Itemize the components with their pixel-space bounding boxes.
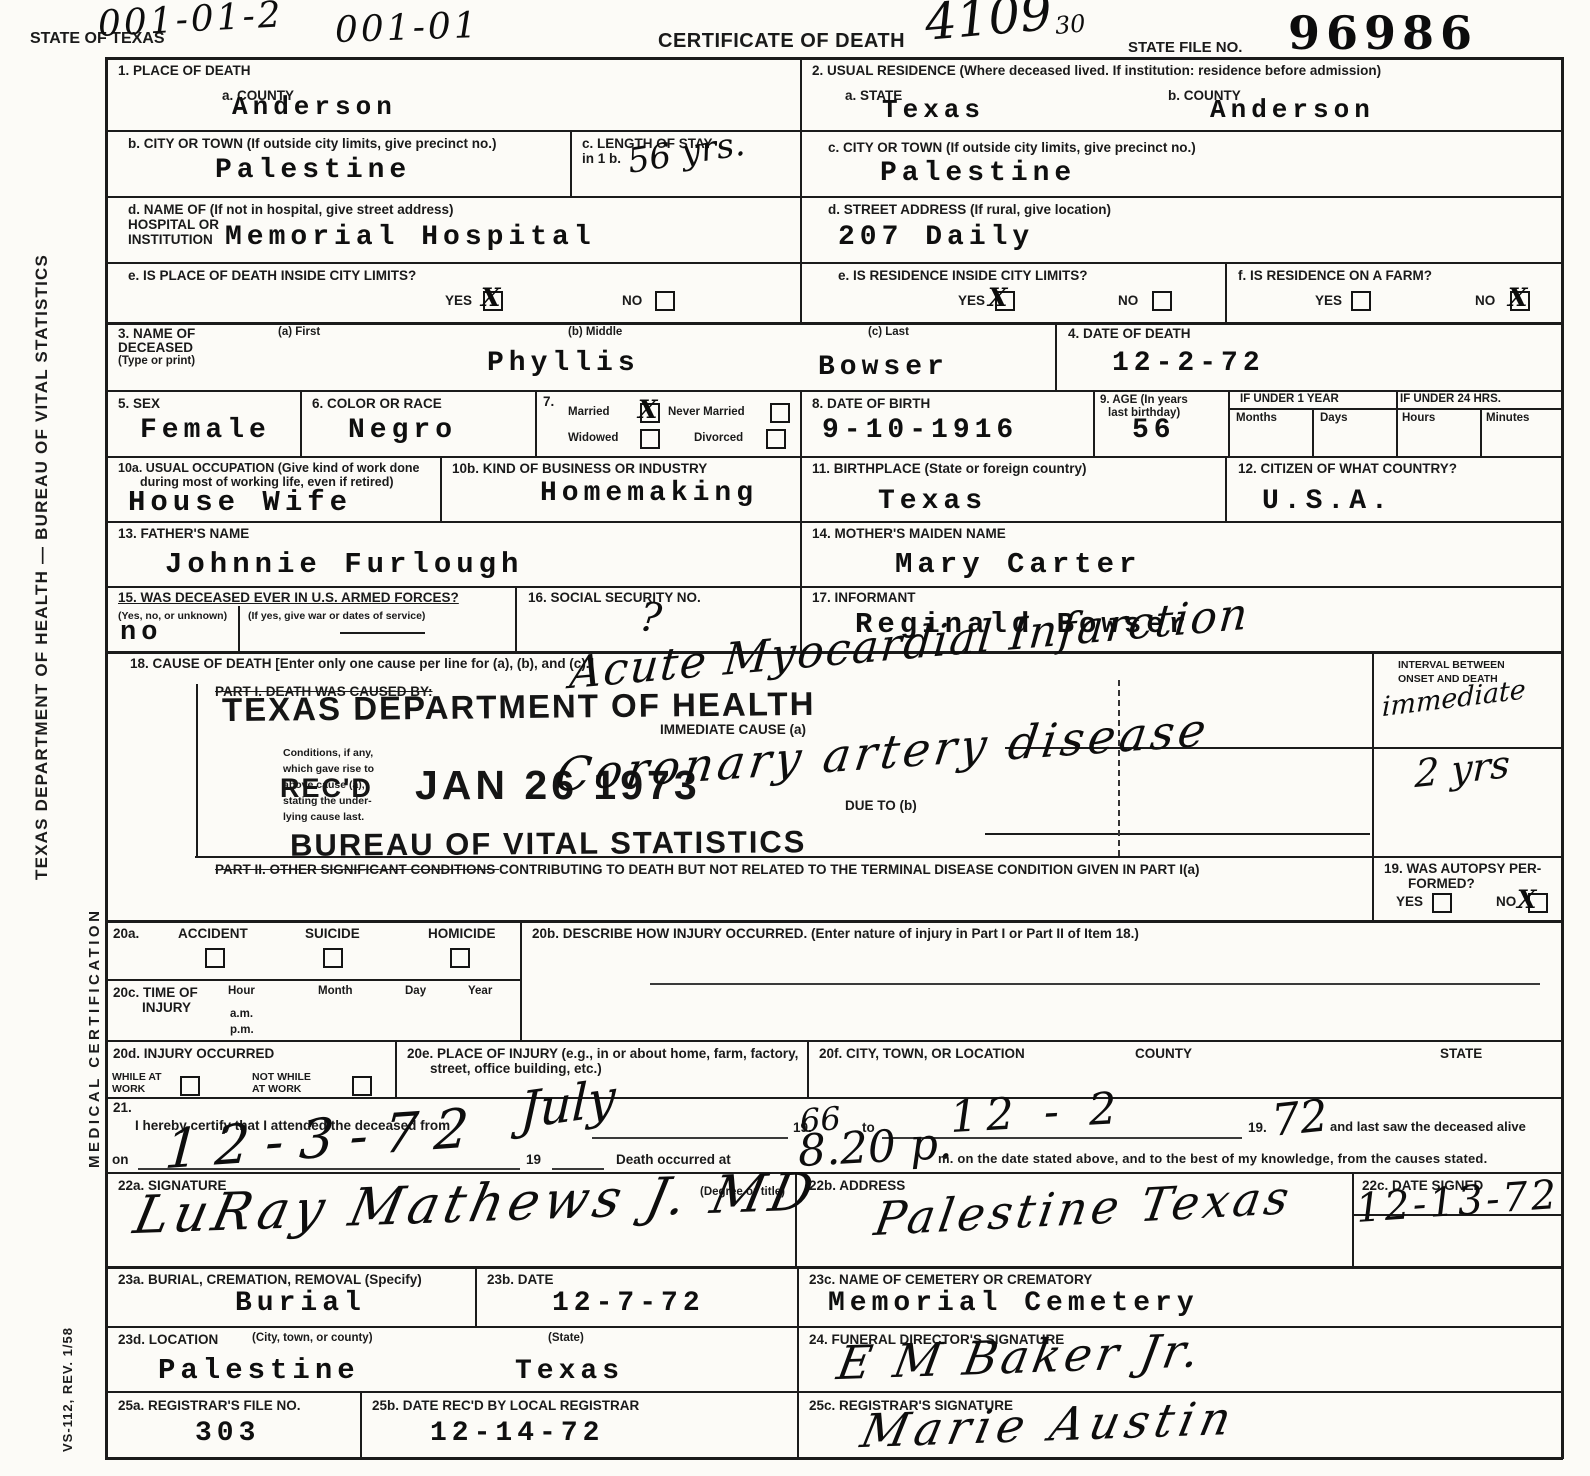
residence-farm-yes-label: YES [1315,293,1342,308]
state-file-no-label: STATE FILE NO. [1128,40,1242,57]
handwritten-code-1: 001-01-2 [97,0,285,45]
sex-value: Female [140,415,271,446]
last-name-label: (c) Last [868,326,909,339]
while-at-work-label-1: WHILE AT [112,1072,162,1084]
part2-label: PART II. OTHER SIGNIFICANT CONDITIONS CO… [215,862,1200,877]
mother-name-value: Mary Carter [895,548,1141,581]
not-while-at-work-checkbox [352,1076,372,1096]
injury-20b-label: 20b. DESCRIBE HOW INJURY OCCURRED. (Ente… [532,926,1139,941]
address-value: Palestine Texas [871,1170,1297,1246]
pod-city-limits-label: e. IS PLACE OF DEATH INSIDE CITY LIMITS? [128,268,416,283]
certify-text-3: m. on the date stated above, and to the … [938,1152,1487,1167]
divorced-label: Divorced [694,432,743,445]
residence-city-value: Palestine [880,158,1076,189]
certificate-title: CERTIFICATE OF DEATH [658,30,905,52]
armed-forces-sub-2: (If yes, give war or dates of service) [248,611,425,623]
residence-limits-yes-label: YES [958,293,985,308]
place-of-death-label: 1. PLACE OF DEATH [118,63,251,78]
autopsy-label-2: FORMED? [1408,876,1475,891]
margin-form-code-label: VS-112, REV. 1/58 [60,1327,75,1452]
married-checkbox: X [640,403,660,423]
conditions-line-1: Conditions, if any, [283,748,373,760]
attended-to-year-value: 72 [1269,1090,1330,1147]
pod-limits-no-label: NO [622,293,642,308]
certify-on: on [112,1152,129,1167]
armed-forces-dash [340,632,425,634]
year-label: Year [468,985,492,998]
interval-b-value: 2 yrs [1414,742,1510,796]
date-of-death-label: 4. DATE OF DEATH [1068,326,1191,341]
homicide-label: HOMICIDE [428,926,496,941]
hospital-label-2: HOSPITAL OR [128,217,219,232]
citizen-value: U.S.A. [1262,486,1393,517]
pod-city-label: b. CITY OR TOWN (If outside city limits,… [128,136,497,151]
father-name-label: 13. FATHER'S NAME [118,526,249,541]
first-name-value: Phyllis [487,348,640,379]
while-at-work-label-2: WORK [112,1084,145,1096]
occupation-label-1: 10a. USUAL OCCUPATION (Give kind of work… [118,461,419,475]
deceased-label-3: (Type or print) [118,355,195,368]
hours-label: Hours [1402,412,1435,425]
suicide-label: SUICIDE [305,926,360,941]
registrar-file-value: 303 [195,1418,260,1449]
part2-label-rest: CONTRIBUTING TO DEATH BUT NOT RELATED TO… [499,862,1200,877]
age-value: 56 [1132,415,1176,446]
certify-year-2: 19. [1248,1120,1267,1135]
birthplace-value: Texas [878,486,987,517]
conditions-line-5: lying cause last. [283,812,364,824]
month-label: Month [318,985,352,998]
cemetery-value: Memorial Cemetery [828,1288,1199,1319]
deceased-label-2: DECEASED [118,340,193,355]
cause-of-death-label: 18. CAUSE OF DEATH [Enter only one cause… [130,656,594,671]
length-of-stay-sublabel: in 1 b. [582,151,621,166]
marital-section-label: 7. [543,394,554,409]
race-label: 6. COLOR OR RACE [312,396,442,411]
residence-farm-no-label: NO [1475,293,1495,308]
residence-farm-no-checkbox: X [1510,291,1530,311]
married-label: Married [568,406,610,419]
margin-medical-certification-label: MEDICAL CERTIFICATION [86,908,103,1168]
suicide-checkbox [323,948,343,968]
length-of-stay-value: 56 yrs. [625,124,748,182]
injury-20c-label-1: 20c. TIME OF [113,985,198,1000]
never-married-label: Never Married [668,406,745,419]
pod-limits-yes-mark: X [481,283,500,312]
interval-header-2: ONSET AND DEATH [1398,674,1498,686]
occupation-value: House Wife [128,486,352,519]
injury-state-label: STATE [1440,1046,1482,1061]
last-name-value: Bowser [818,352,949,383]
residence-limits-no-checkbox [1152,291,1172,311]
residence-street-label: d. STREET ADDRESS (If rural, give locati… [828,202,1111,217]
handwritten-certificate-number: 4109 [922,0,1054,52]
not-while-at-work-label-2: AT WORK [252,1084,301,1096]
autopsy-yes-checkbox [1432,893,1452,913]
interval-header-1: INTERVAL BETWEEN [1398,660,1505,672]
hour-label: Hour [228,985,255,998]
injury-20f-label: 20f. CITY, TOWN, OR LOCATION [819,1046,1025,1061]
pod-county-value: Anderson [232,92,397,122]
widowed-checkbox [640,429,660,449]
residence-limits-label: e. IS RESIDENCE INSIDE CITY LIMITS? [838,268,1088,283]
age-label-1: 9. AGE (In years [1100,394,1188,407]
business-label: 10b. KIND OF BUSINESS OR INDUSTRY [452,461,707,476]
deceased-label-1: 3. NAME OF [118,326,195,341]
residence-label: 2. USUAL RESIDENCE (Where deceased lived… [812,63,1381,78]
not-while-at-work-label-1: NOT WHILE [252,1072,311,1084]
state-file-number: 96986 [1288,6,1478,60]
injury-county-label: COUNTY [1135,1046,1192,1061]
due-to-b-label: DUE TO (b) [845,798,917,813]
residence-limits-yes-mark: X [988,283,1007,312]
first-name-label: (a) First [278,326,320,339]
widowed-label: Widowed [568,432,618,445]
handwritten-code-2: 001-01 [334,5,480,51]
burial-label: 23a. BURIAL, CREMATION, REMOVAL (Specify… [118,1272,422,1287]
attended-to-value: 12 - 2 [949,1083,1126,1143]
registrar-file-label: 25a. REGISTRAR'S FILE NO. [118,1398,301,1413]
ssn-value: ? [638,594,664,642]
never-married-checkbox [770,403,790,423]
burial-value: Burial [235,1288,366,1319]
residence-state-value: Texas [882,95,985,125]
injury-20e-label-1: 20e. PLACE OF INJURY (e.g., in or about … [407,1046,798,1061]
residence-farm-no-mark: X [1508,283,1527,312]
race-value: Negro [348,415,457,446]
divorced-checkbox [766,429,786,449]
burial-date-label: 23b. DATE [487,1272,554,1287]
accident-label: ACCIDENT [178,926,248,941]
pod-city-value: Palestine [215,155,411,186]
injury-20d-label: 20d. INJURY OCCURRED [113,1046,274,1061]
part2-label-struck: PART II. OTHER SIGNIFICANT CONDITIONS [215,862,499,877]
while-at-work-checkbox [180,1076,200,1096]
informant-label: 17. INFORMANT [812,590,916,605]
registrar-recd-label: 25b. DATE REC'D BY LOCAL REGISTRAR [372,1398,639,1413]
margin-department-label: TEXAS DEPARTMENT OF HEALTH — BUREAU OF V… [32,254,52,880]
date-of-birth-label: 8. DATE OF BIRTH [812,396,930,411]
pod-limits-yes-checkbox: X [483,291,503,311]
registrar-recd-value: 12-14-72 [430,1418,604,1449]
certify-year-3: 19 [526,1152,541,1167]
married-mark: X [638,395,657,424]
hospital-label-3: INSTITUTION [128,232,213,247]
hospital-label-1: d. NAME OF (If not in hospital, give str… [128,202,454,217]
homicide-checkbox [450,948,470,968]
pod-limits-no-checkbox [655,291,675,311]
hospital-value: Memorial Hospital [225,222,596,253]
cemetery-label: 23c. NAME OF CEMETERY OR CREMATORY [809,1272,1092,1287]
stamp-bureau-vital-statistics: BUREAU OF VITAL STATISTICS [290,824,807,864]
residence-city-label: c. CITY OR TOWN (If outside city limits,… [828,140,1196,155]
location-state-value: Texas [515,1356,624,1387]
ssn-label: 16. SOCIAL SECURITY NO. [528,590,701,605]
autopsy-yes-label: YES [1396,894,1423,909]
residence-county-value: Anderson [1210,95,1375,125]
residence-street-value: 207 Daily [838,222,1034,253]
day-label: Day [405,985,426,998]
stamp-recd-label: REC'D [280,773,373,804]
citizen-label: 12. CITIZEN OF WHAT COUNTRY? [1238,461,1457,476]
armed-forces-value: no [120,618,162,648]
middle-name-label: (b) Middle [568,326,622,339]
handwritten-certificate-superscript: 30 [1054,9,1087,40]
father-name-value: Johnnie Furlough [165,548,523,581]
location-city-sublabel: (City, town, or county) [252,1332,373,1345]
pod-limits-yes-label: YES [445,293,472,308]
birthplace-label: 11. BIRTHPLACE (State or foreign country… [812,461,1087,476]
autopsy-no-checkbox: X [1528,893,1548,913]
location-label: 23d. LOCATION [118,1332,218,1347]
location-city-value: Palestine [158,1354,360,1387]
attended-from-value: July [519,1068,617,1140]
months-label: Months [1236,412,1277,425]
injury-20c-label-2: INJURY [142,1000,191,1015]
if-under-1-year-label: IF UNDER 1 YEAR [1240,393,1339,406]
certify-text-2: and last saw the deceased alive [1330,1120,1526,1135]
certify-number: 21. [113,1100,132,1115]
autopsy-no-mark: X [1517,885,1536,914]
am-label: a.m. [230,1008,253,1021]
autopsy-no-label: NO [1496,894,1516,909]
days-label: Days [1320,412,1348,425]
pm-label: p.m. [230,1024,254,1037]
if-under-24-hrs-label: IF UNDER 24 HRS. [1400,393,1501,406]
business-value: Homemaking [540,478,758,509]
date-of-death-value: 12-2-72 [1112,348,1265,379]
burial-date-value: 12-7-72 [552,1288,705,1319]
mother-name-label: 14. MOTHER'S MAIDEN NAME [812,526,1006,541]
residence-limits-no-label: NO [1118,293,1138,308]
date-of-birth-value: 9-10-1916 [822,415,1018,446]
minutes-label: Minutes [1486,412,1529,425]
death-certificate-scan: TEXAS DEPARTMENT OF HEALTH — BUREAU OF V… [0,0,1590,1476]
location-state-sublabel: (State) [548,1332,584,1345]
residence-farm-label: f. IS RESIDENCE ON A FARM? [1238,268,1432,283]
accident-checkbox [205,948,225,968]
injury-20a-label: 20a. [113,926,139,941]
residence-farm-yes-checkbox [1351,291,1371,311]
autopsy-label-1: 19. WAS AUTOPSY PER- [1384,861,1541,876]
armed-forces-label: 15. WAS DECEASED EVER IN U.S. ARMED FORC… [118,590,459,605]
residence-limits-yes-checkbox: X [995,291,1015,311]
sex-label: 5. SEX [118,396,160,411]
